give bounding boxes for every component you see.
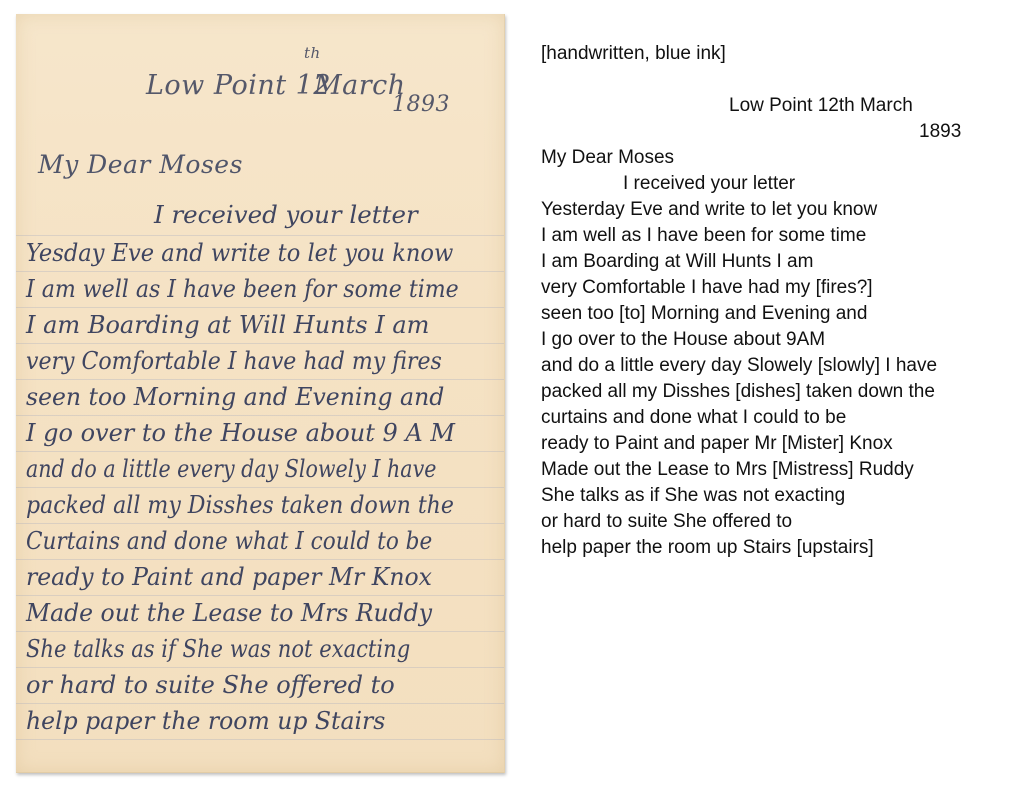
transcription-line: packed all my Disshes [dishes] taken dow… [541, 381, 935, 403]
transcription-line: or hard to suite She offered to [541, 511, 792, 533]
letter-year: 1893 [392, 92, 450, 117]
transcription-dateline: Low Point 12th March [729, 95, 913, 117]
transcription-line: I am well as I have been for some time [541, 225, 866, 247]
transcription-salutation: My Dear Moses [541, 147, 674, 169]
letter-line: help paper the room up Stairs [26, 706, 385, 735]
letter-line: Curtains and done what I could to be [26, 526, 432, 555]
letter-line: very Comfortable I have had my fires [26, 346, 442, 375]
transcription-line: and do a little every day Slowely [slowl… [541, 355, 937, 377]
transcription-note: [handwritten, blue ink] [541, 43, 726, 65]
letter-line: Yesday Eve and write to let you know [26, 238, 453, 267]
letter-line: and do a little every day Slowely I have [26, 454, 436, 483]
transcription-line: I go over to the House about 9AM [541, 329, 825, 351]
letter-dateline-superscript: th [304, 44, 321, 62]
letter-line: I go over to the House about 9 A M [26, 418, 455, 447]
transcription-line: help paper the room up Stairs [upstairs] [541, 537, 874, 559]
transcription-line: Made out the Lease to Mrs [Mistress] Rud… [541, 459, 914, 481]
letter-line: packed all my Disshes taken down the [26, 490, 454, 519]
transcription-line: seen too [to] Morning and Evening and [541, 303, 867, 325]
transcription-line: She talks as if She was not exacting [541, 485, 845, 507]
handwritten-letter-image: Low Point 12 th March 1893 My Dear Moses… [16, 14, 505, 773]
letter-line: She talks as if She was not exacting [26, 634, 410, 663]
letter-line: I am Boarding at Will Hunts I am [26, 310, 429, 339]
transcription-year: 1893 [919, 121, 961, 143]
letter-line: I am well as I have been for some time [26, 274, 459, 303]
transcription-line: curtains and done what I could to be [541, 407, 846, 429]
letter-line: Made out the Lease to Mrs Ruddy [26, 598, 432, 627]
transcription-line: I am Boarding at Will Hunts I am [541, 251, 813, 273]
letter-line: I received your letter [154, 200, 418, 229]
transcription-line: ready to Paint and paper Mr [Mister] Kno… [541, 433, 893, 455]
transcription-line: very Comfortable I have had my [fires?] [541, 277, 873, 299]
transcription-opening: I received your letter [623, 173, 795, 195]
transcription-line: Yesterday Eve and write to let you know [541, 199, 877, 221]
letter-salutation: My Dear Moses [38, 150, 243, 179]
letter-line: ready to Paint and paper Mr Knox [26, 562, 432, 591]
letter-dateline: Low Point 12 [146, 70, 331, 101]
letter-line: seen too Morning and Evening and [26, 382, 444, 411]
letter-line: or hard to suite She offered to [26, 670, 395, 699]
